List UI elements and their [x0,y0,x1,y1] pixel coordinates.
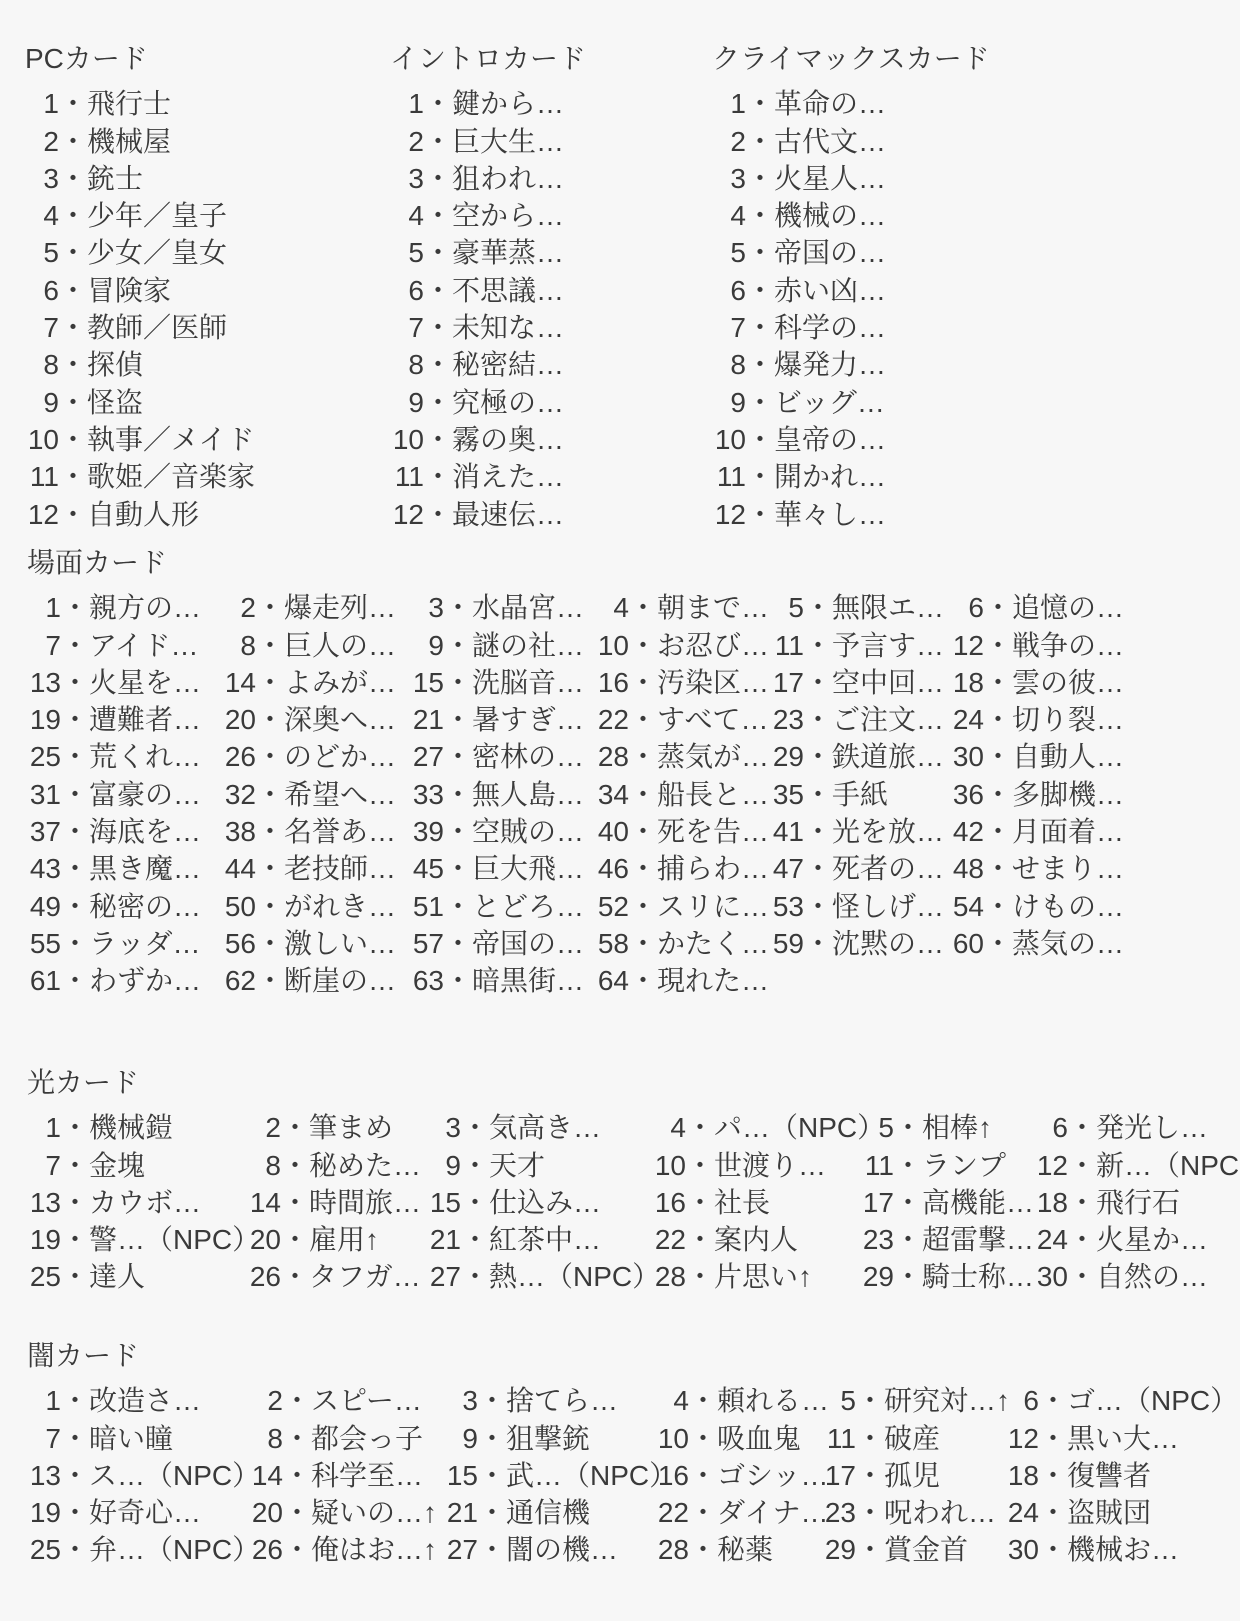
item-separator: ・ [281,1258,309,1295]
item-separator: ・ [894,1147,922,1184]
list-item: 14・科学至… [249,1457,444,1494]
item-number: 50 [222,888,256,925]
item-label: 秘薬 [717,1534,773,1565]
item-separator: ・ [256,888,284,925]
item-label: 紅茶中… [489,1224,601,1255]
list-item: 17・空中回… [770,664,950,701]
item-number: 3 [444,1382,478,1419]
item-number: 29 [822,1531,856,1568]
item-number: 51 [410,888,444,925]
item-label: 通信機 [506,1497,590,1528]
item-label: 賞金首 [884,1534,968,1565]
item-number: 3 [712,160,746,197]
item-number: 1 [390,85,424,122]
item-number: 36 [950,776,984,813]
item-separator: ・ [59,234,87,271]
list-item: 24・火星か… [1034,1221,1240,1258]
item-number: 19 [27,701,61,738]
list-item: 33・無人島… [410,776,595,813]
item-label: 希望へ… [284,779,396,810]
item-separator: ・ [856,1494,884,1531]
item-label: 断崖の… [284,965,396,996]
item-label: 機械屋 [87,126,171,157]
item-label: 巨人の… [284,630,396,661]
item-number: 15 [427,1184,461,1221]
list-item: 6・発光し… [1034,1109,1240,1146]
item-number: 3 [427,1109,461,1146]
item-number: 1 [25,85,59,122]
item-number: 5 [25,234,59,271]
item-label: 深奥へ… [284,704,396,735]
item-label: 達人 [89,1261,145,1292]
item-separator: ・ [478,1494,506,1531]
item-label: 研究対…↑ [884,1385,1010,1416]
item-number: 33 [410,776,444,813]
item-number: 3 [25,160,59,197]
item-separator: ・ [804,925,832,962]
item-separator: ・ [424,272,452,309]
item-number: 13 [27,664,61,701]
item-number: 19 [27,1221,61,1258]
item-number: 38 [222,813,256,850]
item-separator: ・ [984,888,1012,925]
item-label: 手紙 [832,779,888,810]
item-number: 5 [860,1109,894,1146]
item-number: 8 [390,346,424,383]
item-number: 26 [247,1258,281,1295]
item-number: 7 [27,1420,61,1457]
item-separator: ・ [61,1382,89,1419]
item-separator: ・ [629,813,657,850]
item-number: 18 [1034,1184,1068,1221]
list-item: 17・孤児 [822,1457,1005,1494]
item-separator: ・ [444,925,472,962]
item-separator: ・ [424,346,452,383]
item-label: 飛行石 [1096,1187,1180,1218]
item-number: 14 [222,664,256,701]
item-number: 43 [27,850,61,887]
item-separator: ・ [61,1258,89,1295]
list-item: 14・時間旅… [247,1184,427,1221]
item-label: 老技師… [284,853,396,884]
item-separator: ・ [61,1184,89,1221]
item-number: 35 [770,776,804,813]
item-number: 27 [427,1258,461,1295]
item-separator: ・ [478,1420,506,1457]
item-number: 20 [222,701,256,738]
list-item: 42・月面着… [950,813,1240,850]
item-separator: ・ [444,776,472,813]
item-separator: ・ [478,1531,506,1568]
list-item: 12・華々し… [712,496,990,533]
section-pc-cards: PCカード 1・飛行士2・機械屋3・銃士4・少年／皇子5・少女／皇女6・冒険家7… [25,40,255,533]
item-number: 17 [770,664,804,701]
item-separator: ・ [1039,1531,1067,1568]
item-label: 冒険家 [87,275,171,306]
item-label: 機械お… [1067,1534,1179,1565]
item-separator: ・ [629,589,657,626]
item-number: 10 [595,627,629,664]
item-number: 11 [712,458,746,495]
item-number: 25 [27,1531,61,1568]
item-separator: ・ [59,272,87,309]
item-number: 1 [27,589,61,626]
list-item: 7・暗い瞳 [27,1420,249,1457]
list-item: 18・雲の彼… [950,664,1240,701]
item-number: 28 [655,1531,689,1568]
item-separator: ・ [1068,1258,1096,1295]
list-item: 29・騎士称… [860,1258,1034,1295]
item-separator: ・ [629,701,657,738]
list-item: 21・紅茶中… [427,1221,652,1258]
item-separator: ・ [689,1494,717,1531]
item-number: 53 [770,888,804,925]
item-separator: ・ [746,421,774,458]
item-label: 超雷撃… [922,1224,1034,1255]
item-separator: ・ [424,197,452,234]
item-separator: ・ [444,738,472,775]
item-label: 機械鎧 [89,1112,173,1143]
item-separator: ・ [1068,1109,1096,1146]
item-label: 古代文… [774,126,886,157]
item-label: せまり… [1012,853,1124,884]
list-item: 4・パ…（NPC） [652,1109,860,1146]
item-label: 華々し… [774,499,886,530]
item-label: アイド… [89,630,198,661]
item-label: タフガ… [309,1261,421,1292]
item-number: 52 [595,888,629,925]
item-number: 49 [27,888,61,925]
item-label: 黒き魔… [89,853,201,884]
item-separator: ・ [1068,1221,1096,1258]
list-item: 1・機械鎧 [27,1109,247,1146]
list-item: 19・警…（NPC） [27,1221,247,1258]
item-number: 30 [1005,1531,1039,1568]
item-label: 呪われ… [884,1497,996,1528]
item-number: 19 [27,1494,61,1531]
item-number: 31 [27,776,61,813]
item-separator: ・ [1039,1382,1067,1419]
list-item: 37・海底を… [27,813,222,850]
item-label: 名誉あ… [284,816,396,847]
pc-cards-title: PCカード [25,40,255,77]
item-number: 12 [1034,1147,1068,1184]
item-label: 時間旅… [309,1187,421,1218]
item-number: 27 [410,738,444,775]
list-item: 5・豪華蒸… [390,234,586,271]
item-number: 8 [25,346,59,383]
item-label: 空から… [452,200,564,231]
item-label: 仕込み… [489,1187,601,1218]
list-item: 2・古代文… [712,123,990,160]
item-label: 天才 [489,1150,545,1181]
list-item: 30・自動人… [950,738,1240,775]
item-label: 巨大飛… [472,853,584,884]
item-number: 24 [950,701,984,738]
item-label: 巨大生… [452,126,564,157]
list-item: 4・頼れる… [655,1382,822,1419]
item-label: 狙撃銃 [506,1423,590,1454]
item-label: 蒸気の… [1012,928,1124,959]
list-item: 19・好奇心… [27,1494,249,1531]
item-label: 弁…（NPC） [89,1534,260,1565]
list-item: 22・ダイナ… [655,1494,822,1531]
item-separator: ・ [283,1420,311,1457]
item-label: 発光し… [1096,1112,1208,1143]
item-separator: ・ [746,234,774,271]
item-label: がれき… [284,891,396,922]
item-separator: ・ [894,1184,922,1221]
item-label: 多脚機… [1012,779,1124,810]
item-label: 俺はお…↑ [311,1534,437,1565]
item-label: 案内人 [714,1224,798,1255]
item-label: スピー… [311,1385,422,1416]
item-separator: ・ [804,888,832,925]
list-item: 12・新…（NPC） [1034,1147,1240,1184]
item-separator: ・ [629,738,657,775]
item-number: 30 [1034,1258,1068,1295]
item-separator: ・ [281,1221,309,1258]
item-number: 9 [410,627,444,664]
item-label: 水晶宮… [472,592,584,623]
list-item: 11・破産 [822,1420,1005,1457]
list-item: 11・ランプ [860,1147,1034,1184]
item-separator: ・ [424,160,452,197]
item-label: 探偵 [87,349,143,380]
item-number: 10 [25,421,59,458]
item-separator: ・ [461,1258,489,1295]
item-number: 7 [27,1147,61,1184]
item-separator: ・ [256,962,284,999]
item-number: 23 [770,701,804,738]
item-number: 14 [247,1184,281,1221]
item-separator: ・ [61,738,89,775]
list-item: 10・世渡り… [652,1147,860,1184]
item-number: 3 [410,589,444,626]
list-item: 15・仕込み… [427,1184,652,1221]
section-intro-cards: イントロカード 1・鍵から…2・巨大生…3・狙われ…4・空から…5・豪華蒸…6・… [390,40,586,533]
item-number: 9 [390,384,424,421]
list-item: 6・赤い凶… [712,272,990,309]
item-separator: ・ [444,701,472,738]
list-item: 35・手紙 [770,776,950,813]
item-separator: ・ [1068,1147,1096,1184]
item-number: 9 [444,1420,478,1457]
item-label: スリに… [657,891,769,922]
item-number: 4 [595,589,629,626]
item-separator: ・ [424,458,452,495]
list-item: 34・船長と… [595,776,770,813]
item-separator: ・ [59,421,87,458]
item-separator: ・ [629,850,657,887]
item-label: 筆まめ [309,1112,393,1143]
item-number: 7 [27,627,61,664]
list-item: 4・朝まで… [595,589,770,626]
list-item: 6・冒険家 [25,272,255,309]
item-number: 7 [390,309,424,346]
item-label: 警…（NPC） [89,1224,260,1255]
item-separator: ・ [746,197,774,234]
list-item: 23・呪われ… [822,1494,1005,1531]
item-label: 親方の… [89,592,201,623]
list-item: 20・疑いの…↑ [249,1494,444,1531]
item-separator: ・ [424,85,452,122]
list-item: 1・親方の… [27,589,222,626]
item-label: 執事／メイド [87,424,254,455]
item-number: 54 [950,888,984,925]
item-label: 皇帝の… [774,424,886,455]
item-separator: ・ [59,496,87,533]
list-item: 7・アイド… [27,627,222,664]
item-number: 16 [652,1184,686,1221]
list-item: 12・最速伝… [390,496,586,533]
list-item: 28・蒸気が… [595,738,770,775]
item-label: 改造さ… [89,1385,201,1416]
item-number: 24 [1034,1221,1068,1258]
list-item: 25・弁…（NPC） [27,1531,249,1568]
item-separator: ・ [59,346,87,383]
item-separator: ・ [461,1109,489,1146]
list-item: 39・空賊の… [410,813,595,850]
item-label: 死者の… [832,853,944,884]
list-item: 12・戦争の… [950,627,1240,664]
list-item: 13・火星を… [27,664,222,701]
list-item: 10・吸血鬼 [655,1420,822,1457]
item-separator: ・ [629,776,657,813]
item-number: 61 [27,962,61,999]
list-item: 51・とどろ… [410,888,595,925]
item-label: 豪華蒸… [452,237,564,268]
item-label: 荒くれ… [89,741,201,772]
item-number: 5 [770,589,804,626]
list-item: 24・切り裂… [950,701,1240,738]
list-item: 43・黒き魔… [27,850,222,887]
item-number: 40 [595,813,629,850]
item-label: 黒い大… [1067,1423,1179,1454]
item-label: 遭難者… [89,704,201,735]
list-item: 9・怪盗 [25,384,255,421]
item-label: 爆走列… [284,592,396,623]
item-label: よみが… [284,667,396,698]
item-label: 火星人… [774,163,886,194]
item-number: 17 [860,1184,894,1221]
item-number: 10 [655,1420,689,1457]
item-separator: ・ [59,160,87,197]
item-number: 37 [27,813,61,850]
item-separator: ・ [61,888,89,925]
list-item: 5・少女／皇女 [25,234,255,271]
item-separator: ・ [283,1382,311,1419]
item-separator: ・ [856,1531,884,1568]
item-label: 朝まで… [657,592,769,623]
list-item: 9・ビッグ… [712,384,990,421]
item-separator: ・ [984,589,1012,626]
item-separator: ・ [984,813,1012,850]
item-label: 怪しげ… [832,891,944,922]
item-label: 船長と… [657,779,769,810]
item-separator: ・ [689,1420,717,1457]
list-item: 55・ラッダ… [27,925,222,962]
item-label: カウボ… [89,1187,201,1218]
item-separator: ・ [424,496,452,533]
item-label: 気高き… [489,1112,601,1143]
list-item: 3・火星人… [712,160,990,197]
item-number: 8 [249,1420,283,1457]
item-label: 究極の… [452,387,564,418]
item-number: 4 [25,197,59,234]
item-label: 機械の… [774,200,886,231]
list-item: 7・教師／医師 [25,309,255,346]
item-label: 科学の… [774,312,886,343]
climax-cards-title: クライマックスカード [712,40,990,77]
list-item: 8・秘密結… [390,346,586,383]
item-separator: ・ [629,627,657,664]
item-number: 5 [712,234,746,271]
item-number: 17 [822,1457,856,1494]
item-number: 20 [249,1494,283,1531]
list-item: 2・スピー… [249,1382,444,1419]
item-separator: ・ [444,589,472,626]
item-label: 都会っ子 [311,1423,423,1454]
item-separator: ・ [804,627,832,664]
item-number: 27 [444,1531,478,1568]
list-item: 27・熱…（NPC） [427,1258,652,1295]
item-number: 18 [950,664,984,701]
list-item: 4・機械の… [712,197,990,234]
item-separator: ・ [256,850,284,887]
item-number: 18 [1005,1457,1039,1494]
scene-cards-title: 場面カード [27,544,1240,581]
list-item: 5・無限エ… [770,589,950,626]
item-number: 7 [712,309,746,346]
item-label: 開かれ… [774,461,886,492]
item-number: 2 [390,123,424,160]
item-separator: ・ [256,589,284,626]
item-separator: ・ [804,738,832,775]
item-label: 高機能… [922,1187,1034,1218]
item-number: 12 [1005,1420,1039,1457]
list-item: 26・俺はお…↑ [249,1531,444,1568]
item-number: 6 [25,272,59,309]
list-item: 57・帝国の… [410,925,595,962]
list-item: 27・密林の… [410,738,595,775]
item-separator: ・ [281,1184,309,1221]
item-label: 歌姫／音楽家 [87,461,255,492]
item-separator: ・ [61,925,89,962]
list-item: 6・追憶の… [950,589,1240,626]
item-separator: ・ [746,160,774,197]
item-separator: ・ [61,1457,89,1494]
item-label: 社長 [714,1187,770,1218]
item-number: 8 [712,346,746,383]
item-number: 29 [770,738,804,775]
list-item: 27・闇の機… [444,1531,655,1568]
item-number: 6 [390,272,424,309]
item-label: お忍び… [657,630,769,661]
list-item: 30・機械お… [1005,1531,1240,1568]
item-label: 革命の… [774,88,886,119]
item-separator: ・ [746,272,774,309]
item-label: 暑すぎ… [472,704,584,735]
list-item: 14・よみが… [222,664,410,701]
item-separator: ・ [444,627,472,664]
list-item: 59・沈黙の… [770,925,950,962]
item-separator: ・ [746,458,774,495]
item-label: 月面着… [1012,816,1124,847]
item-label: とどろ… [472,891,584,922]
item-separator: ・ [804,776,832,813]
item-separator: ・ [281,1109,309,1146]
